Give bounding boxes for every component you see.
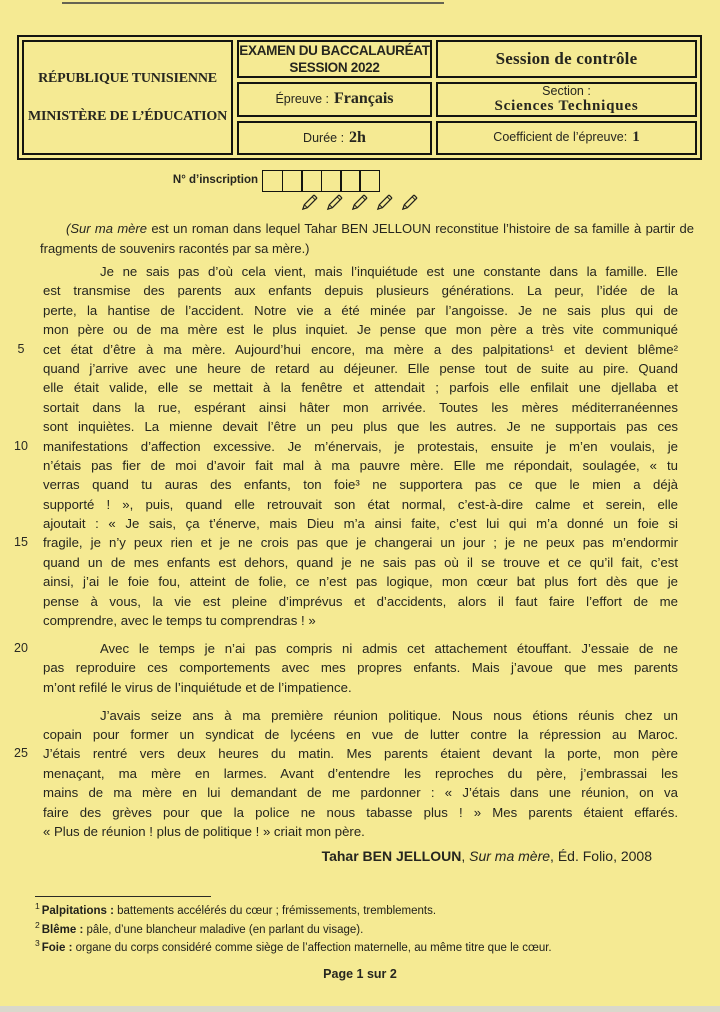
inscription-box [359, 170, 380, 192]
line-text: quand un de mes enfants est dehors, quan… [43, 553, 678, 572]
line-number: 10 [8, 437, 34, 456]
line-text: m’ont refilé le virus de l’inquiétude et… [43, 678, 678, 697]
attribution-sep: , [461, 848, 469, 864]
text-line: mains de ma mère en lui demandant de me … [43, 783, 678, 802]
inscription-box [340, 170, 361, 192]
text-line: pense à vous, la vie est pleine d’imprév… [43, 592, 678, 611]
attribution-tail: , Éd. Folio, 2008 [550, 848, 652, 864]
line-text: sont inquiètes. La mienne devait l’être … [43, 417, 678, 436]
inscription-boxes [264, 170, 380, 192]
footnote-definition: organe du corps considéré comme siège de… [72, 942, 551, 954]
text-line: sortait dans la rue, espérant ainsi hâte… [43, 398, 678, 417]
text-line: ajoutait : « Je sais, ça t’énerve, mais … [43, 514, 678, 533]
text-line: quand j’arrive avec une heure de retard … [43, 359, 678, 378]
footnote-term: Blême : [42, 924, 84, 936]
line-number: 5 [8, 340, 34, 359]
footnotes-block: 1Palpitations : battements accélérés du … [35, 896, 680, 958]
inscription-box [282, 170, 303, 192]
pencil-icon [350, 192, 370, 212]
footnote-definition: battements accélérés du cœur ; frémissem… [114, 905, 436, 917]
footnote-number: 2 [35, 920, 40, 930]
text-line: 25J’étais rentré vers deux heures du mat… [43, 744, 678, 763]
header-cell-coefficient: Coefficient de l’épreuve: 1 [436, 121, 697, 156]
text-line: pas reproduire ces comportements avec me… [43, 658, 678, 677]
line-text: comprendre, avec le temps tu comprendras… [43, 611, 678, 630]
line-text: mains de ma mère en lui demandant de me … [43, 783, 678, 802]
intro-note: (Sur ma mère est un roman dans lequel Ta… [40, 219, 694, 259]
footnote-list: 1Palpitations : battements accélérés du … [35, 902, 680, 958]
pencil-icon [325, 192, 345, 212]
line-text: est transmise des parents aux enfants de… [43, 281, 678, 300]
header-table: RÉPUBLIQUE TUNISIENNE MINISTÈRE DE L’ÉDU… [17, 35, 702, 160]
line-text: J’avais seize ans à ma première réunion … [43, 706, 678, 725]
header-cell-session: Session de contrôle [436, 40, 697, 78]
line-text: Je ne sais pas d’où cela vient, mais l’i… [43, 262, 678, 281]
line-text: faire des grèves pour que la police ne n… [43, 803, 678, 822]
section-label: Section : [542, 84, 591, 98]
pencil-icon [375, 192, 395, 212]
header-cell-republic: RÉPUBLIQUE TUNISIENNE MINISTÈRE DE L’ÉDU… [22, 40, 233, 155]
line-text: pas reproduire ces comportements avec me… [43, 658, 678, 677]
text-line: est transmise des parents aux enfants de… [43, 281, 678, 300]
line-text: sortait dans la rue, espérant ainsi hâte… [43, 398, 678, 417]
attribution-line: Tahar BEN JELLOUN, Sur ma mère, Éd. Foli… [0, 848, 652, 864]
line-text: manifestations d’affection excessive. Je… [43, 437, 678, 456]
inscription-box [301, 170, 322, 192]
text-line: m’ont refilé le virus de l’inquiétude et… [43, 678, 678, 697]
text-line: comprendre, avec le temps tu comprendras… [43, 611, 678, 630]
line-text: fragile, je n’y peux rien et je ne crois… [43, 533, 678, 552]
text-line: faire des grèves pour que la police ne n… [43, 803, 678, 822]
header-cell-epreuve: Épreuve : Français [237, 82, 432, 117]
page-number: Page 1 sur 2 [0, 967, 720, 981]
pencil-icon [400, 192, 420, 212]
footnote-divider [35, 896, 211, 897]
text-line: « Plus de réunion ! plus de politique ! … [43, 822, 678, 841]
footnote-item: 3Foie : organe du corps considéré comme … [35, 939, 680, 958]
pencil-decoration-row [0, 192, 720, 212]
coefficient-value: 1 [632, 129, 640, 146]
line-text: mon père ou de ma mère est le plus inqui… [43, 320, 678, 339]
inscription-label: N° d’inscription [146, 174, 258, 186]
republic-line: RÉPUBLIQUE TUNISIENNE [38, 71, 217, 87]
exam-title-line2: SESSION 2022 [289, 59, 379, 76]
line-number: 25 [8, 744, 34, 763]
scan-artifact-top-line [62, 2, 444, 4]
text-line: mon père ou de ma mère est le plus inqui… [43, 320, 678, 339]
footnote-definition: pâle, d’une blancheur maladive (en parla… [83, 924, 363, 936]
text-line: ainsi, j’ai le foie fou, atteint de foli… [43, 572, 678, 591]
duree-value: 2h [349, 129, 366, 147]
inscription-box [321, 170, 342, 192]
text-line: 20Avec le temps je n’ai pas compris ni a… [43, 639, 678, 658]
line-text: elle était valide, elle se mettait à la … [43, 378, 678, 397]
inscription-box [262, 170, 283, 192]
text-line: supporté ! », puis, quand elle retrouvai… [43, 495, 678, 514]
attribution-author: Tahar BEN JELLOUN [322, 848, 462, 864]
text-line: perte, la hantise de l’accident. Notre v… [43, 301, 678, 320]
line-number: 15 [8, 533, 34, 552]
duree-label: Durée : [303, 131, 344, 145]
text-body: Je ne sais pas d’où cela vient, mais l’i… [43, 262, 678, 841]
text-line: 15fragile, je n’y peux rien et je ne cro… [43, 533, 678, 552]
line-text: ajoutait : « Je sais, ça t’énerve, mais … [43, 514, 678, 533]
header-cell-section: Section : Sciences Techniques [436, 82, 697, 117]
footnote-term: Foie : [42, 942, 73, 954]
pencil-icon [300, 192, 320, 212]
text-line: quand un de mes enfants est dehors, quan… [43, 553, 678, 572]
header-cell-exam: EXAMEN DU BACCALAURÉAT SESSION 2022 [237, 40, 432, 78]
text-line: menaçant, ma mère en larmes. Avant d’ent… [43, 764, 678, 783]
text-line: Je ne sais pas d’où cela vient, mais l’i… [43, 262, 678, 281]
text-line: sont inquiètes. La mienne devait l’être … [43, 417, 678, 436]
footnote-item: 2Blême : pâle, d’une blancheur maladive … [35, 921, 680, 940]
footnote-term: Palpitations : [42, 905, 114, 917]
coefficient-label: Coefficient de l’épreuve: [493, 130, 627, 144]
footnote-item: 1Palpitations : battements accélérés du … [35, 902, 680, 921]
line-text: Avec le temps je n’ai pas compris ni adm… [43, 639, 678, 658]
line-text: n’étais pas fier de moi d’avoir fait mal… [43, 456, 678, 475]
exam-title-line1: EXAMEN DU BACCALAURÉAT [239, 42, 429, 59]
line-text: cet état d’être à ma mère. Aujourd’hui e… [43, 340, 678, 359]
line-text: ainsi, j’ai le foie fou, atteint de foli… [43, 572, 678, 591]
text-line: 5cet état d’être à ma mère. Aujourd’hui … [43, 340, 678, 359]
text-line: J’avais seize ans à ma première réunion … [43, 706, 678, 725]
exam-paper-page: RÉPUBLIQUE TUNISIENNE MINISTÈRE DE L’ÉDU… [0, 0, 720, 1012]
line-text: « Plus de réunion ! plus de politique ! … [43, 822, 678, 841]
header-cell-duree: Durée : 2h [237, 121, 432, 156]
line-text: menaçant, ma mère en larmes. Avant d’ent… [43, 764, 678, 783]
ministry-line: MINISTÈRE DE L’ÉDUCATION [28, 109, 227, 125]
line-text: quand j’arrive avec une heure de retard … [43, 359, 678, 378]
epreuve-label: Épreuve : [275, 92, 329, 106]
text-line: 10manifestations d’affection excessive. … [43, 437, 678, 456]
line-text: copain pour former un syndicat de lycéen… [43, 725, 678, 744]
footnote-number: 1 [35, 901, 40, 911]
scan-artifact-bottom-strip [0, 1006, 720, 1012]
attribution-title: Sur ma mère [469, 848, 550, 864]
line-text: verras quand tu auras des enfants, ton f… [43, 475, 678, 494]
text-line: elle était valide, elle se mettait à la … [43, 378, 678, 397]
line-number: 20 [8, 639, 34, 658]
text-line: n’étais pas fier de moi d’avoir fait mal… [43, 456, 678, 475]
section-value: Sciences Techniques [495, 98, 639, 114]
session-title: Session de contrôle [496, 49, 638, 69]
epreuve-value: Français [334, 90, 394, 108]
line-text: pense à vous, la vie est pleine d’imprév… [43, 592, 678, 611]
line-text: J’étais rentré vers deux heures du matin… [43, 744, 678, 763]
line-text: perte, la hantise de l’accident. Notre v… [43, 301, 678, 320]
footnote-number: 3 [35, 938, 40, 948]
text-line: copain pour former un syndicat de lycéen… [43, 725, 678, 744]
intro-book-title: Sur ma mère [70, 221, 147, 236]
text-line: verras quand tu auras des enfants, ton f… [43, 475, 678, 494]
line-text: supporté ! », puis, quand elle retrouvai… [43, 495, 678, 514]
